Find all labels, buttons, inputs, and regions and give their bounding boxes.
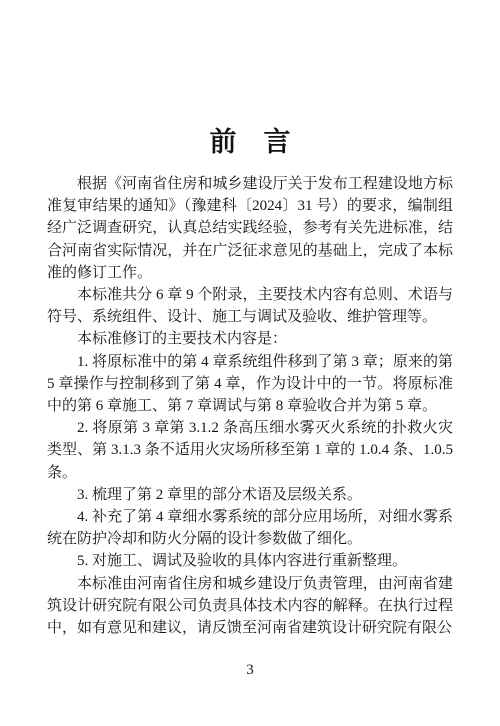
paragraph-basis: 根据《河南省住房和城乡建设厅关于发布工程建设地方标准复审结果的通知》（豫建科〔2…: [47, 173, 453, 284]
revision-item-4: 4. 补充了第 4 章细水雾系统的部分应用场所，对细水雾系统在防护冷却和防火分隔…: [47, 506, 453, 550]
preface-body: 根据《河南省住房和城乡建设厅关于发布工程建设地方标准复审结果的通知》（豫建科〔2…: [47, 173, 453, 639]
revision-item-2: 2. 将原第 3 章第 3.1.2 条高压细水雾灭火系统的扑救火灾类型、第 3.…: [47, 417, 453, 484]
page-number: 3: [0, 662, 500, 679]
page-title: 前 言: [0, 127, 500, 157]
revision-item-5: 5. 对施工、调试及验收的具体内容进行重新整理。: [47, 550, 453, 572]
paragraph-management: 本标准由河南省住房和城乡建设厅负责管理，由河南省建筑设计研究院有限公司负责具体技…: [47, 573, 453, 640]
revision-item-3: 3. 梳理了第 2 章里的部分术语及层级关系。: [47, 484, 453, 506]
document-page: 前 言 根据《河南省住房和城乡建设厅关于发布工程建设地方标准复审结果的通知》（豫…: [0, 0, 500, 726]
paragraph-structure: 本标准共分 6 章 9 个附录，主要技术内容有总则、术语与符号、系统组件、设计、…: [47, 284, 453, 328]
paragraph-revision-lead: 本标准修订的主要技术内容是：: [47, 328, 453, 350]
revision-item-1: 1. 将原标准中的第 4 章系统组件移到了第 3 章；原来的第 5 章操作与控制…: [47, 351, 453, 418]
